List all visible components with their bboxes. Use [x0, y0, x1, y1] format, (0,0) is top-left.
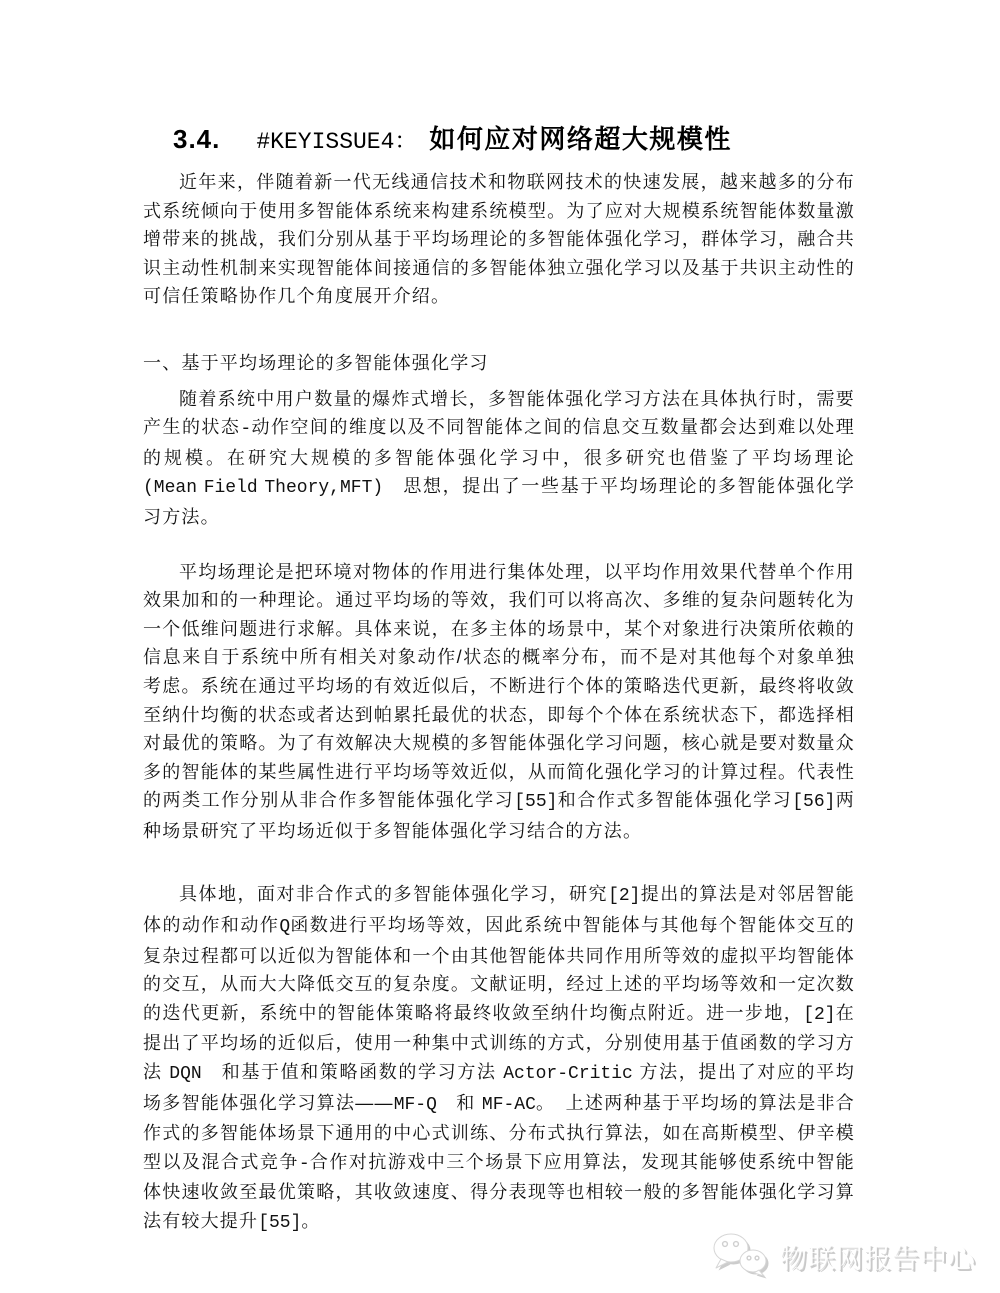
- paragraph-mean-field-intro: 随着系统中用户数量的爆炸式增长，多智能体强化学习方法在具体执行时，需要产生的状态…: [143, 385, 855, 532]
- document-page: 3.4.#KEYISSUE4：如何应对网络超大规模性 近年来，伴随着新一代无线通…: [0, 0, 1000, 1293]
- section-title-row: 3.4.#KEYISSUE4：如何应对网络超大规模性: [173, 122, 732, 161]
- section-number: 3.4.: [173, 124, 220, 154]
- paragraph-mean-field-theory: 平均场理论是把环境对物体的作用进行集体处理，以平均作用效果代替单个作用效果加和的…: [143, 558, 855, 846]
- section-title-text: 如何应对网络超大规模性: [429, 124, 732, 154]
- document-body: 近年来，伴随着新一代无线通信技术和物联网技术的快速发展，越来越多的分布式系统倾向…: [143, 168, 855, 1238]
- subsection-heading: 一、基于平均场理论的多智能体强化学习: [143, 349, 855, 378]
- paragraph-noncooperative-marl: 具体地，面对非合作式的多智能体强化学习，研究[2]提出的算法是对邻居智能体的动作…: [143, 880, 855, 1237]
- wechat-icon: [710, 1231, 772, 1281]
- watermark-label: 物联网报告中心: [780, 1237, 976, 1276]
- watermark: 物联网报告中心: [710, 1231, 976, 1281]
- paragraph-intro: 近年来，伴随着新一代无线通信技术和物联网技术的快速发展，越来越多的分布式系统倾向…: [143, 168, 855, 311]
- section-tag: #KEYISSUE4：: [256, 129, 417, 155]
